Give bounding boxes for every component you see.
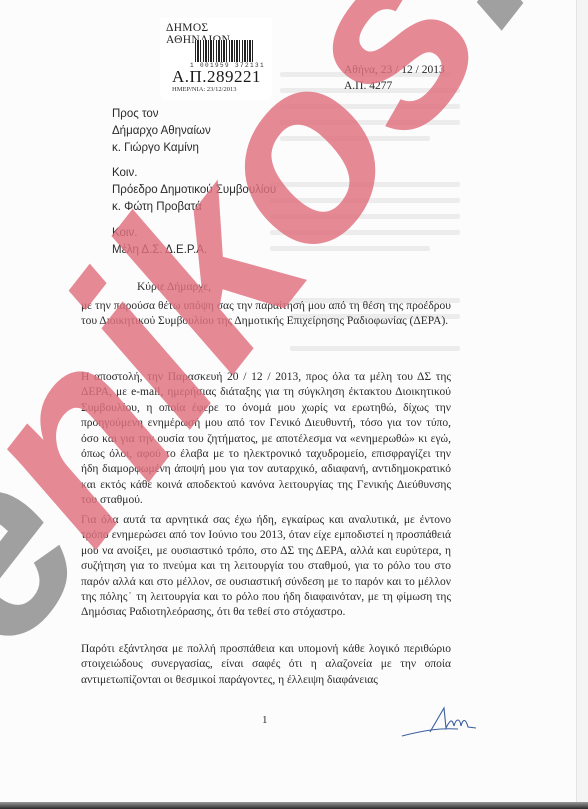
scan-edge xyxy=(576,0,588,802)
cc-recipient: Πρόεδρο Δημοτικού Συμβουλίου xyxy=(112,182,276,199)
paragraph: με την παρούσα θέτω υπόψη σας την παραίτ… xyxy=(81,299,451,330)
paragraph: Παρότι εξάντλησα με πολλή προσπάθεια και… xyxy=(81,642,451,688)
signature-icon xyxy=(400,702,504,742)
scan-edge-bottom xyxy=(0,802,588,809)
page-number: 1 xyxy=(262,714,268,726)
scanned-letter-page: ΔΗΜΟΣ ΑΘΗΝΑΙΩΝ 1 001959 372131 Α.Π.28922… xyxy=(0,0,576,802)
cc-recipient-name: κ. Φώτη Προβατά xyxy=(112,199,202,216)
protocol-date: ΗΜΕΡ/ΝΙΑ: 23/12/2013 xyxy=(172,86,236,93)
to-recipient-name: κ. Γιώργο Καμίνη xyxy=(112,140,199,157)
to-label: Προς τον xyxy=(112,106,159,123)
salutation: Κύριε Δήμαρχε, xyxy=(137,281,211,293)
reference-number: Α.Π. 4277 xyxy=(344,80,392,92)
protocol-number: Α.Π.289221 xyxy=(172,67,261,87)
cc-recipient: Μέλη Δ.Σ. Δ.Ε.Ρ.Α. xyxy=(112,242,207,259)
barcode-icon xyxy=(195,40,255,62)
protocol-stamp: ΔΗΜΟΣ ΑΘΗΝΑΙΩΝ 1 001959 372131 Α.Π.28922… xyxy=(160,18,272,100)
to-recipient: Δήμαρχο Αθηναίων xyxy=(112,123,211,140)
paragraph: Η αποστολή, την Παρασκευή 20 / 12 / 2013… xyxy=(81,370,451,509)
cc-label: Κοιν. xyxy=(112,165,137,182)
place-date: Αθήνα, 23 / 12 / 2013 xyxy=(344,64,445,76)
paragraph: Για όλα αυτά τα αρνητικά σας έχω ήδη, εγ… xyxy=(81,513,451,621)
cc-label: Κοιν. xyxy=(112,225,137,242)
